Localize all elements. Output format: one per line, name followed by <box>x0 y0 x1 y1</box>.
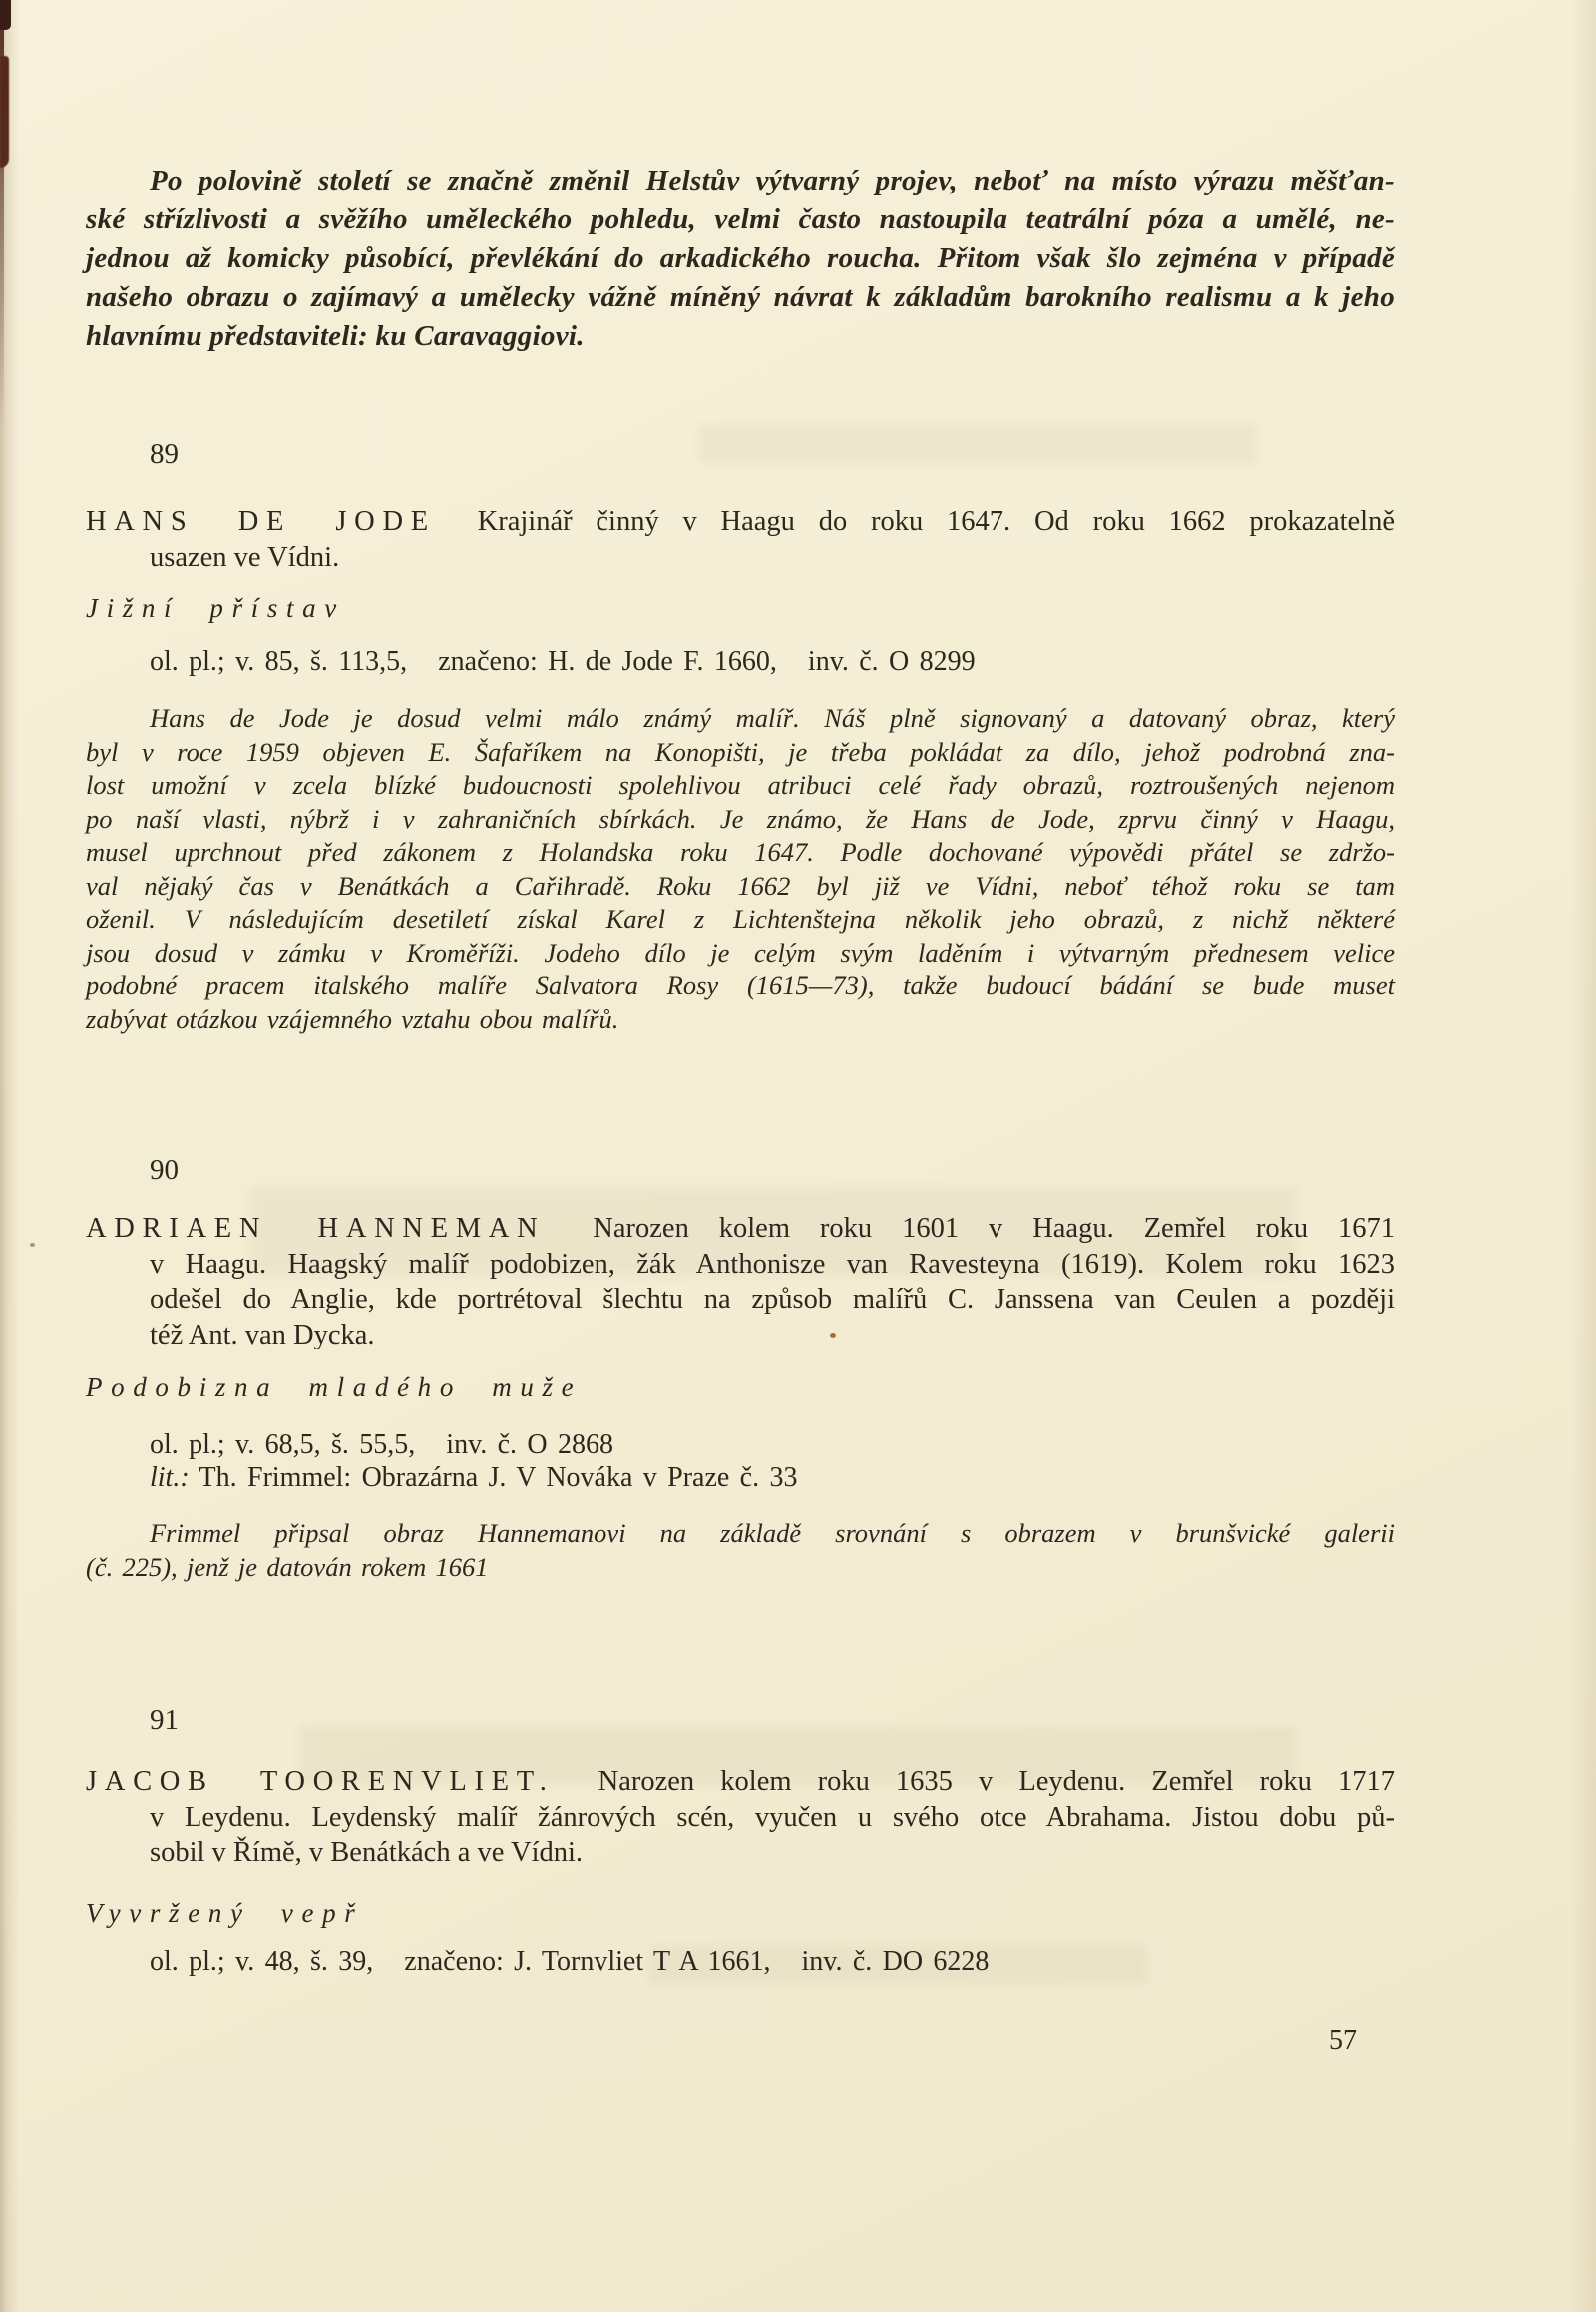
catalog-details: ol. pl.; v. 68,5, š. 55,5, inv. č. O 286… <box>86 1428 1395 1494</box>
entry-number: 90 <box>86 1155 1395 1185</box>
text-line: Po polovině století se značně změnil Hel… <box>86 162 1395 200</box>
commentary-paragraph: Frimmel připsal obraz Hannemanovi na zák… <box>86 1517 1395 1584</box>
header-line: odešel do Anglie, kde portrétoval šlecht… <box>86 1282 1395 1318</box>
header-line: též Ant. van Dycka. <box>86 1318 1395 1353</box>
header-line: v Haagu. Haagský malíř podobizen, žák An… <box>86 1247 1395 1283</box>
catalog-details: ol. pl.; v. 48, š. 39, značeno: J. Tornv… <box>86 1945 1395 1978</box>
binding-dark-mark <box>0 56 9 168</box>
header-line: HANS DE JODE Krajinář činný v Haagu do r… <box>86 504 1395 540</box>
details-line: ol. pl.; v. 68,5, š. 55,5, inv. č. O 286… <box>86 1428 1395 1461</box>
text-line: jsou dosud v zámku v Kroměříži. Jodeho d… <box>86 937 1395 970</box>
work-title: Vyvržený vepř <box>86 1897 1395 1929</box>
entry-number-text: 91 <box>86 1705 1395 1734</box>
text-line: ské střízlivosti a svěžího uměleckého po… <box>86 200 1395 239</box>
catalog-details: ol. pl.; v. 85, š. 113,5, značeno: H. de… <box>86 645 1395 678</box>
entry-number-text: 89 <box>86 439 1395 469</box>
scanned-book-page: Po polovině století se značně změnil Hel… <box>0 0 1596 2312</box>
header-text: Narozen kolem roku 1635 v Leydenu. Zemře… <box>598 1766 1395 1797</box>
work-title-text: Podobizna mladého muže <box>86 1371 1395 1403</box>
entry-number: 89 <box>86 439 1395 469</box>
details-line: ol. pl.; v. 48, š. 39, značeno: J. Tornv… <box>86 1945 1395 1978</box>
text-line: oženil. V následujícím desetiletí získal… <box>86 903 1395 937</box>
intro-paragraph: Po polovině století se značně změnil Hel… <box>86 162 1395 356</box>
header-text: Narozen kolem roku 1601 v Haagu. Zemřel … <box>593 1213 1395 1244</box>
text-line: hlavnímu představiteli: ku Caravaggiovi. <box>86 317 1395 356</box>
entry-header: ADRIAEN HANNEMAN Narozen kolem roku 1601… <box>86 1211 1395 1352</box>
text-line: Frimmel připsal obraz Hannemanovi na zák… <box>86 1517 1395 1551</box>
header-line: sobil v Římě, v Benátkách a ve Vídni. <box>86 1835 1395 1871</box>
work-title-text: Jižní přístav <box>86 592 1395 624</box>
text-line: Hans de Jode je dosud velmi málo známý m… <box>86 702 1395 736</box>
details-line: ol. pl.; v. 85, š. 113,5, značeno: H. de… <box>86 645 1395 678</box>
literature-label: lit.: <box>150 1462 190 1493</box>
entry-header: JACOB TOORENVLIET. Narozen kolem roku 16… <box>86 1764 1395 1871</box>
text-line: jednou až komicky působící, převlékání d… <box>86 239 1395 278</box>
work-title: Jižní přístav <box>86 592 1395 624</box>
entry-number-text: 90 <box>86 1155 1395 1185</box>
text-line: lost umožní v zcela blízké budoucnosti s… <box>86 769 1395 803</box>
artist-name: JACOB TOORENVLIET. <box>86 1766 555 1797</box>
commentary-paragraph: Hans de Jode je dosud velmi málo známý m… <box>86 702 1395 1036</box>
literature-line: lit.: Th. Frimmel: Obrazárna J. V Nováka… <box>86 1461 1395 1494</box>
header-text: Krajinář činný v Haagu do roku 1647. Od … <box>478 506 1395 537</box>
header-line: JACOB TOORENVLIET. Narozen kolem roku 16… <box>86 1764 1395 1800</box>
artist-name: HANS DE JODE <box>86 506 436 537</box>
text-line: musel uprchnout před zákonem z Holandska… <box>86 836 1395 870</box>
work-title-text: Vyvržený vepř <box>86 1897 1395 1929</box>
header-line: ADRIAEN HANNEMAN Narozen kolem roku 1601… <box>86 1211 1395 1247</box>
work-title: Podobizna mladého muže <box>86 1371 1395 1403</box>
entry-header: HANS DE JODE Krajinář činný v Haagu do r… <box>86 504 1395 575</box>
page-right-edge-shadow <box>1570 0 1596 2312</box>
header-line: v Leydenu. Leydenský malíř žánrových scé… <box>86 1800 1395 1836</box>
text-line: (č. 225), jenž je datován rokem 1661 <box>86 1551 1395 1585</box>
page-number: 57 <box>1329 2025 1357 2057</box>
header-line: usazen ve Vídni. <box>86 540 1395 576</box>
entry-number: 91 <box>86 1705 1395 1734</box>
binding-dark-mark-top <box>0 0 11 30</box>
paper-speck <box>30 1243 35 1247</box>
text-line: podobné pracem italského malíře Salvator… <box>86 969 1395 1003</box>
text-line: zabývat otázkou vzájemného vztahu obou m… <box>86 1003 1395 1037</box>
text-line: našeho obrazu o zajímavý a umělecky vážn… <box>86 278 1395 317</box>
text-line: val nějaký čas v Benátkách a Cařihradě. … <box>86 870 1395 904</box>
text-line: po naší vlasti, nýbrž i v zahraničních s… <box>86 803 1395 837</box>
literature-text: Th. Frimmel: Obrazárna J. V Nováka v Pra… <box>199 1462 798 1493</box>
artist-name: ADRIAEN HANNEMAN <box>86 1213 545 1244</box>
text-line: byl v roce 1959 objeven E. Šafaříkem na … <box>86 736 1395 770</box>
